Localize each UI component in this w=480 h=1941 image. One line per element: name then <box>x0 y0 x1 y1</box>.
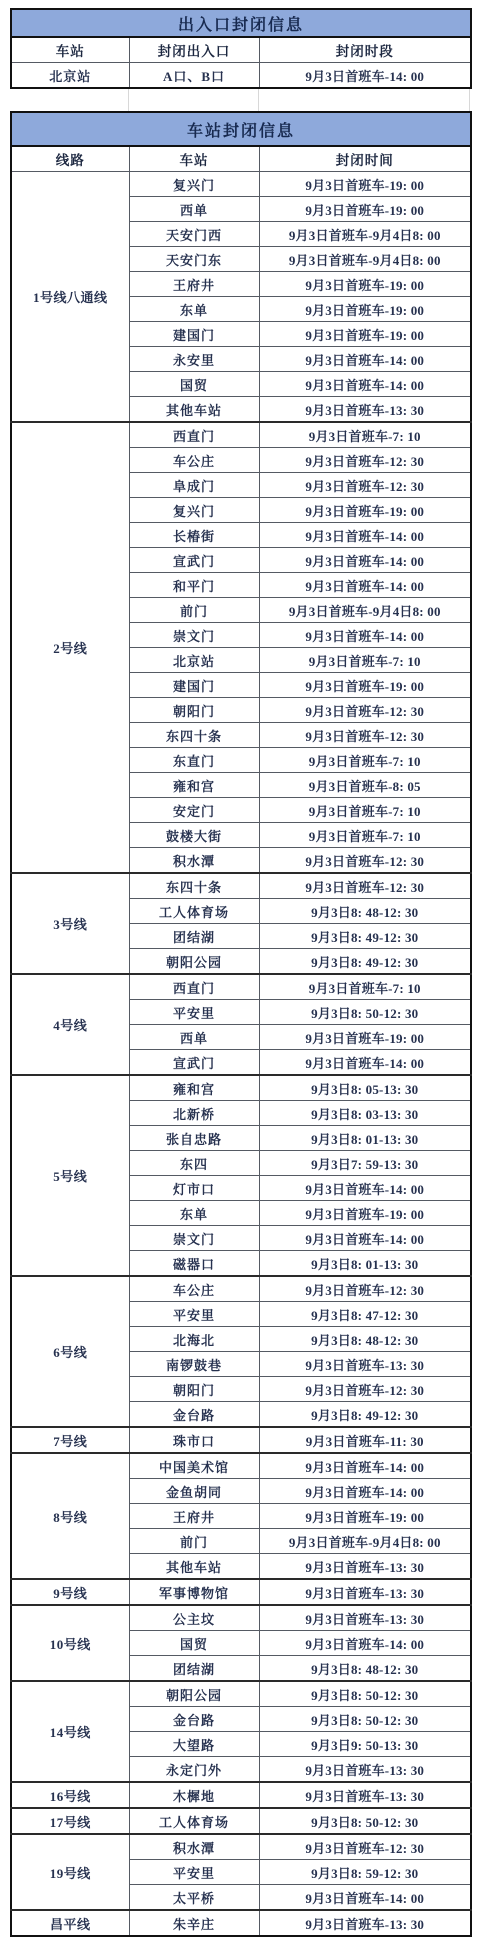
station-cell: 北海北 <box>129 1327 259 1352</box>
time-cell: 9月3日首班车-11: 30 <box>259 1427 471 1453</box>
time-cell: 9月3日首班车-19: 00 <box>259 1504 471 1529</box>
time-cell: 9月3日首班车-14: 00 <box>259 347 471 372</box>
station-cell: 珠市口 <box>129 1427 259 1453</box>
time-cell: 9月3日首班车-13: 30 <box>259 1605 471 1631</box>
station-cell: 雍和宫 <box>129 1075 259 1101</box>
station-row: 3号线东四十条9月3日首班车-12: 30 <box>11 873 471 899</box>
line-cell: 7号线 <box>11 1427 129 1453</box>
time-cell: 9月3日首班车-19: 00 <box>259 1025 471 1050</box>
exit-exits-cell: A口、B口 <box>129 63 259 89</box>
closure-info-page: 出入口封闭信息 车站 封闭出入口 封闭时段 北京站 A口、B口 9月3日首班车-… <box>0 0 480 1941</box>
station-cell: 积水潭 <box>129 1834 259 1860</box>
line-cell: 17号线 <box>11 1808 129 1834</box>
time-cell: 9月3日首班车-13: 30 <box>259 1579 471 1605</box>
station-cell: 西直门 <box>129 422 259 448</box>
exit-col-period: 封闭时段 <box>259 37 471 63</box>
station-row: 昌平线朱辛庄9月3日首班车-13: 30 <box>11 1910 471 1936</box>
station-cell: 团结湖 <box>129 924 259 949</box>
time-cell: 9月3日8: 49-12: 30 <box>259 924 471 949</box>
exit-table-header-row: 车站 封闭出入口 封闭时段 <box>11 37 471 63</box>
station-cell: 东直门 <box>129 748 259 773</box>
station-cell: 平安里 <box>129 1860 259 1885</box>
station-cell: 鼓楼大街 <box>129 823 259 848</box>
line-cell: 6号线 <box>11 1276 129 1427</box>
station-cell: 中国美术馆 <box>129 1453 259 1479</box>
time-cell: 9月3日首班车-19: 00 <box>259 197 471 222</box>
time-cell: 9月3日8: 48-12: 30 <box>259 1656 471 1682</box>
station-col-line: 线路 <box>11 146 129 172</box>
station-cell: 国贸 <box>129 1631 259 1656</box>
station-cell: 工人体育场 <box>129 899 259 924</box>
time-cell: 9月3日首班车-13: 30 <box>259 1910 471 1936</box>
station-cell: 大望路 <box>129 1732 259 1757</box>
exit-period-cell: 9月3日首班车-14: 00 <box>259 63 471 89</box>
time-cell: 9月3日首班车-19: 00 <box>259 322 471 347</box>
station-row: 8号线中国美术馆9月3日首班车-14: 00 <box>11 1453 471 1479</box>
station-row: 5号线雍和宫9月3日8: 05-13: 30 <box>11 1075 471 1101</box>
time-cell: 9月3日首班车-13: 30 <box>259 1782 471 1808</box>
time-cell: 9月3日首班车-12: 30 <box>259 1834 471 1860</box>
line-cell: 16号线 <box>11 1782 129 1808</box>
station-cell: 工人体育场 <box>129 1808 259 1834</box>
time-cell: 9月3日首班车-14: 00 <box>259 523 471 548</box>
time-cell: 9月3日首班车-7: 10 <box>259 648 471 673</box>
time-cell: 9月3日8: 50-12: 30 <box>259 1000 471 1025</box>
station-cell: 永安里 <box>129 347 259 372</box>
exit-col-station: 车站 <box>11 37 129 63</box>
station-cell: 崇文门 <box>129 1226 259 1251</box>
time-cell: 9月3日首班车-7: 10 <box>259 798 471 823</box>
time-cell: 9月3日首班车-14: 00 <box>259 1050 471 1076</box>
station-cell: 复兴门 <box>129 498 259 523</box>
station-cell: 太平桥 <box>129 1885 259 1911</box>
station-table-title-row: 车站封闭信息 <box>11 112 471 146</box>
station-col-time: 封闭时间 <box>259 146 471 172</box>
line-cell: 14号线 <box>11 1681 129 1782</box>
time-cell: 9月3日8: 59-12: 30 <box>259 1860 471 1885</box>
station-table-header-row: 线路 车站 封闭时间 <box>11 146 471 172</box>
station-cell: 安定门 <box>129 798 259 823</box>
station-cell: 金台路 <box>129 1707 259 1732</box>
station-cell: 积水潭 <box>129 848 259 874</box>
station-col-station: 车站 <box>129 146 259 172</box>
time-cell: 9月3日首班车-9月4日8: 00 <box>259 598 471 623</box>
station-cell: 朝阳门 <box>129 698 259 723</box>
time-cell: 9月3日首班车-7: 10 <box>259 974 471 1000</box>
exit-station-cell: 北京站 <box>11 63 129 89</box>
station-cell: 王府井 <box>129 272 259 297</box>
station-row: 14号线朝阳公园9月3日8: 50-12: 30 <box>11 1681 471 1707</box>
station-cell: 东四十条 <box>129 723 259 748</box>
line-cell: 昌平线 <box>11 1910 129 1936</box>
station-cell: 平安里 <box>129 1302 259 1327</box>
time-cell: 9月3日首班车-12: 30 <box>259 873 471 899</box>
gap-divider-line <box>258 89 259 111</box>
station-cell: 车公庄 <box>129 448 259 473</box>
time-cell: 9月3日首班车-14: 00 <box>259 372 471 397</box>
station-cell: 宣武门 <box>129 1050 259 1076</box>
station-row: 10号线公主坟9月3日首班车-13: 30 <box>11 1605 471 1631</box>
station-cell: 灯市口 <box>129 1176 259 1201</box>
station-cell: 天安门西 <box>129 222 259 247</box>
station-cell: 军事博物馆 <box>129 1579 259 1605</box>
time-cell: 9月3日首班车-13: 30 <box>259 397 471 423</box>
time-cell: 9月3日首班车-19: 00 <box>259 673 471 698</box>
gap-divider-line <box>469 89 470 111</box>
time-cell: 9月3日首班车-14: 00 <box>259 548 471 573</box>
station-cell: 木樨地 <box>129 1782 259 1808</box>
station-row: 7号线珠市口9月3日首班车-11: 30 <box>11 1427 471 1453</box>
station-cell: 朝阳公园 <box>129 949 259 975</box>
station-cell: 建国门 <box>129 673 259 698</box>
station-cell: 前门 <box>129 1529 259 1554</box>
station-table-title: 车站封闭信息 <box>11 112 471 146</box>
line-cell: 19号线 <box>11 1834 129 1910</box>
time-cell: 9月3日8: 03-13: 30 <box>259 1101 471 1126</box>
line-cell: 10号线 <box>11 1605 129 1681</box>
time-cell: 9月3日首班车-13: 30 <box>259 1757 471 1783</box>
time-cell: 9月3日首班车-19: 00 <box>259 272 471 297</box>
station-row: 9号线军事博物馆9月3日首班车-13: 30 <box>11 1579 471 1605</box>
exit-table-title: 出入口封闭信息 <box>11 9 471 37</box>
station-cell: 长椿街 <box>129 523 259 548</box>
exit-table-row: 北京站 A口、B口 9月3日首班车-14: 00 <box>11 63 471 89</box>
station-row: 19号线积水潭9月3日首班车-12: 30 <box>11 1834 471 1860</box>
station-cell: 西直门 <box>129 974 259 1000</box>
station-cell: 前门 <box>129 598 259 623</box>
station-cell: 王府井 <box>129 1504 259 1529</box>
exit-closure-table: 出入口封闭信息 车站 封闭出入口 封闭时段 北京站 A口、B口 9月3日首班车-… <box>10 8 472 89</box>
station-cell: 北京站 <box>129 648 259 673</box>
time-cell: 9月3日首班车-14: 00 <box>259 573 471 598</box>
time-cell: 9月3日8: 01-13: 30 <box>259 1251 471 1277</box>
table-gap <box>10 89 470 111</box>
station-cell: 阜成门 <box>129 473 259 498</box>
time-cell: 9月3日首班车-12: 30 <box>259 473 471 498</box>
line-cell: 3号线 <box>11 873 129 974</box>
time-cell: 9月3日首班车-13: 30 <box>259 1554 471 1580</box>
time-cell: 9月3日8: 50-12: 30 <box>259 1808 471 1834</box>
time-cell: 9月3日首班车-12: 30 <box>259 1276 471 1302</box>
time-cell: 9月3日8: 48-12: 30 <box>259 1327 471 1352</box>
station-cell: 和平门 <box>129 573 259 598</box>
station-cell: 雍和宫 <box>129 773 259 798</box>
station-row: 2号线西直门9月3日首班车-7: 10 <box>11 422 471 448</box>
time-cell: 9月3日首班车-12: 30 <box>259 1377 471 1402</box>
station-cell: 永定门外 <box>129 1757 259 1783</box>
station-cell: 磁器口 <box>129 1251 259 1277</box>
time-cell: 9月3日8: 50-12: 30 <box>259 1681 471 1707</box>
time-cell: 9月3日7: 59-13: 30 <box>259 1151 471 1176</box>
station-row: 4号线西直门9月3日首班车-7: 10 <box>11 974 471 1000</box>
station-cell: 东四 <box>129 1151 259 1176</box>
line-cell: 1号线八通线 <box>11 172 129 423</box>
line-cell: 2号线 <box>11 422 129 873</box>
time-cell: 9月3日8: 05-13: 30 <box>259 1075 471 1101</box>
time-cell: 9月3日首班车-12: 30 <box>259 698 471 723</box>
station-cell: 其他车站 <box>129 1554 259 1580</box>
time-cell: 9月3日首班车-7: 10 <box>259 422 471 448</box>
station-cell: 张自忠路 <box>129 1126 259 1151</box>
time-cell: 9月3日首班车-14: 00 <box>259 1453 471 1479</box>
time-cell: 9月3日首班车-14: 00 <box>259 1885 471 1911</box>
time-cell: 9月3日首班车-12: 30 <box>259 848 471 874</box>
station-row: 16号线木樨地9月3日首班车-13: 30 <box>11 1782 471 1808</box>
station-cell: 公主坟 <box>129 1605 259 1631</box>
station-row: 1号线八通线复兴门9月3日首班车-19: 00 <box>11 172 471 197</box>
time-cell: 9月3日首班车-8: 05 <box>259 773 471 798</box>
line-cell: 5号线 <box>11 1075 129 1276</box>
time-cell: 9月3日8: 48-12: 30 <box>259 899 471 924</box>
station-cell: 团结湖 <box>129 1656 259 1682</box>
exit-col-exits: 封闭出入口 <box>129 37 259 63</box>
station-cell: 西单 <box>129 197 259 222</box>
station-cell: 西单 <box>129 1025 259 1050</box>
station-cell: 朝阳公园 <box>129 1681 259 1707</box>
time-cell: 9月3日首班车-7: 10 <box>259 823 471 848</box>
station-row: 6号线车公庄9月3日首班车-12: 30 <box>11 1276 471 1302</box>
station-cell: 国贸 <box>129 372 259 397</box>
time-cell: 9月3日首班车-14: 00 <box>259 1226 471 1251</box>
line-cell: 4号线 <box>11 974 129 1075</box>
time-cell: 9月3日首班车-14: 00 <box>259 1631 471 1656</box>
time-cell: 9月3日首班车-7: 10 <box>259 748 471 773</box>
time-cell: 9月3日首班车-9月4日8: 00 <box>259 222 471 247</box>
station-cell: 金鱼胡同 <box>129 1479 259 1504</box>
time-cell: 9月3日8: 47-12: 30 <box>259 1302 471 1327</box>
station-cell: 其他车站 <box>129 397 259 423</box>
time-cell: 9月3日首班车-19: 00 <box>259 498 471 523</box>
time-cell: 9月3日首班车-19: 00 <box>259 1201 471 1226</box>
gap-divider-line <box>128 89 129 111</box>
station-closure-tbody: 1号线八通线复兴门9月3日首班车-19: 00西单9月3日首班车-19: 00天… <box>11 172 471 1937</box>
station-cell: 北新桥 <box>129 1101 259 1126</box>
station-cell: 建国门 <box>129 322 259 347</box>
station-cell: 朝阳门 <box>129 1377 259 1402</box>
station-cell: 南锣鼓巷 <box>129 1352 259 1377</box>
station-cell: 平安里 <box>129 1000 259 1025</box>
station-cell: 金台路 <box>129 1402 259 1428</box>
line-cell: 9号线 <box>11 1579 129 1605</box>
station-cell: 复兴门 <box>129 172 259 197</box>
time-cell: 9月3日首班车-19: 00 <box>259 297 471 322</box>
station-cell: 东单 <box>129 1201 259 1226</box>
time-cell: 9月3日首班车-14: 00 <box>259 1479 471 1504</box>
time-cell: 9月3日8: 49-12: 30 <box>259 949 471 975</box>
time-cell: 9月3日首班车-13: 30 <box>259 1352 471 1377</box>
time-cell: 9月3日首班车-9月4日8: 00 <box>259 247 471 272</box>
station-cell: 车公庄 <box>129 1276 259 1302</box>
exit-table-title-row: 出入口封闭信息 <box>11 9 471 37</box>
time-cell: 9月3日首班车-9月4日8: 00 <box>259 1529 471 1554</box>
station-row: 17号线工人体育场9月3日8: 50-12: 30 <box>11 1808 471 1834</box>
station-cell: 崇文门 <box>129 623 259 648</box>
time-cell: 9月3日8: 50-12: 30 <box>259 1707 471 1732</box>
station-cell: 东四十条 <box>129 873 259 899</box>
time-cell: 9月3日首班车-14: 00 <box>259 623 471 648</box>
time-cell: 9月3日首班车-14: 00 <box>259 1176 471 1201</box>
time-cell: 9月3日首班车-12: 30 <box>259 723 471 748</box>
time-cell: 9月3日首班车-19: 00 <box>259 172 471 197</box>
station-closure-table: 车站封闭信息 线路 车站 封闭时间 1号线八通线复兴门9月3日首班车-19: 0… <box>10 111 472 1937</box>
time-cell: 9月3日9: 50-13: 30 <box>259 1732 471 1757</box>
time-cell: 9月3日8: 49-12: 30 <box>259 1402 471 1428</box>
time-cell: 9月3日首班车-12: 30 <box>259 448 471 473</box>
time-cell: 9月3日8: 01-13: 30 <box>259 1126 471 1151</box>
line-cell: 8号线 <box>11 1453 129 1579</box>
station-cell: 东单 <box>129 297 259 322</box>
station-cell: 朱辛庄 <box>129 1910 259 1936</box>
station-cell: 宣武门 <box>129 548 259 573</box>
station-cell: 天安门东 <box>129 247 259 272</box>
